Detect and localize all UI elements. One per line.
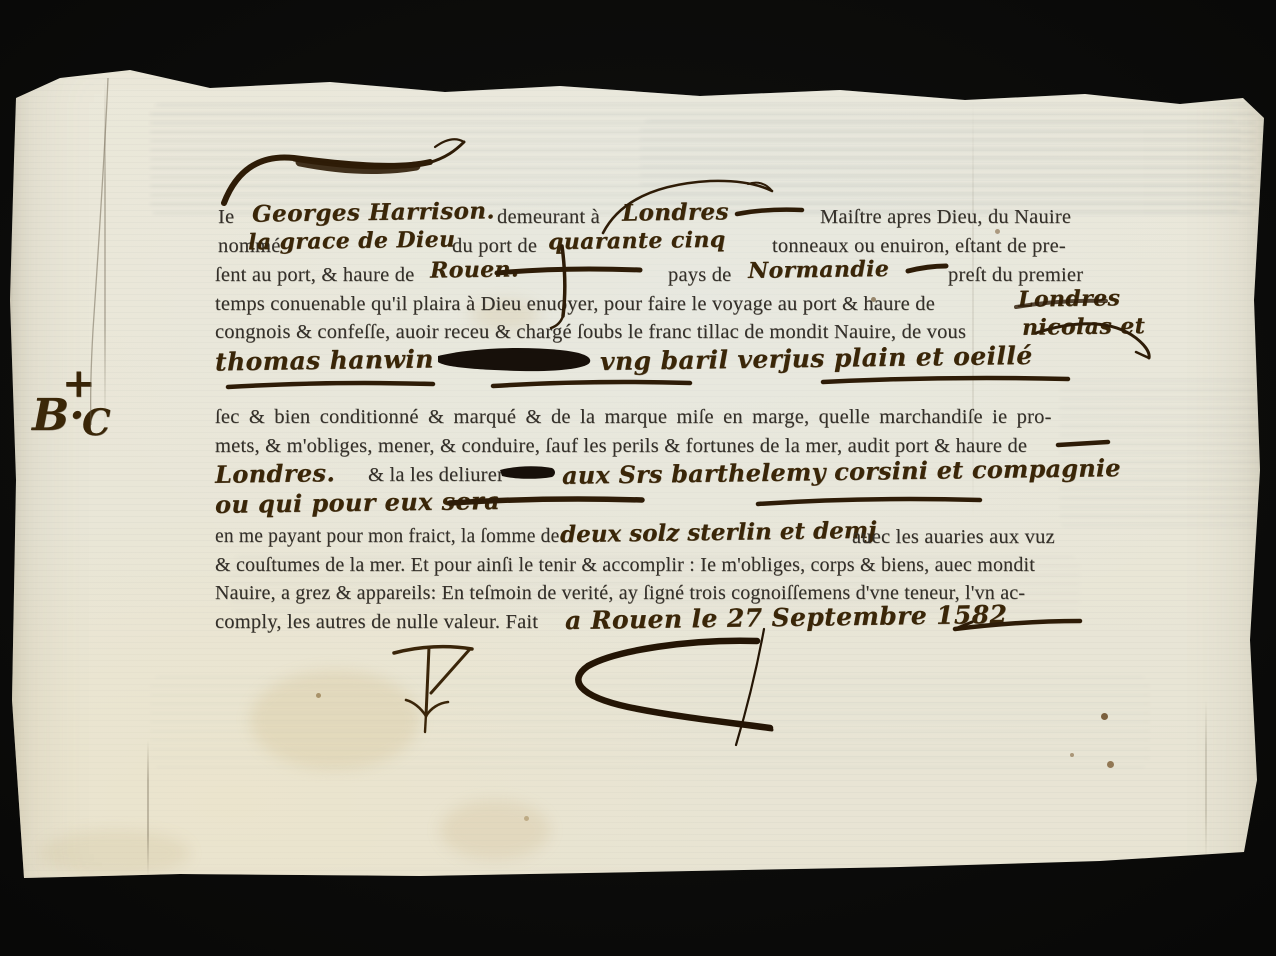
merchant-signature-mark [394,647,472,732]
fold-crease [147,740,149,876]
handwritten-segment: Rouen. [430,256,519,283]
handwritten-segment: aux Srs barthelemy corsini et compagnie [562,453,1121,490]
printed-segment: auec les auaries aux vuz [852,526,1055,549]
printed-segment: congnois & confeſſe, auoir receu & charg… [215,321,966,344]
printed-segment: temps conuenable qu'il plaira à Dieu enu… [215,293,935,316]
printed-segment: & la les deliurer [368,464,504,487]
printed-segment: mets, & m'obliges, mener, & conduire, ſa… [215,435,1027,458]
printed-segment: pays de [668,264,731,287]
printed-segment: demeurant à [497,206,600,229]
printed-segment: Maiſtre apres Dieu, du Nauire [820,206,1071,229]
handwritten-segment: thomas hanwin [215,344,434,376]
printed-segment: Ie [218,206,234,229]
handwritten-segment: Georges Harrison. [252,197,495,227]
printed-segment: preſt du premier [948,264,1083,287]
paper-stain [40,830,190,876]
handwritten-segment: Londres. [215,458,336,489]
fold-crease [104,80,106,430]
handwritten-segment: nicolas et [1022,313,1146,341]
fox-spot [1070,753,1074,757]
paper-stain [440,800,550,860]
photograph-black-background: { "colors": { "background": "#0a0a09", "… [0,0,1276,956]
printed-segment: tonneaux ou enuiron, eſtant de pre- [772,235,1066,258]
merchant-mark-letter-c: C [82,402,111,444]
handwritten-segment: la grace de Dieu [248,227,456,256]
printed-segment: du port de [452,235,537,258]
handwritten-segment: deux solz sterlin et demj [560,517,877,548]
handwritten-segment: Normandie [748,256,890,284]
handwritten-segment: quarante cinq [548,227,726,255]
fox-spot [1107,761,1114,768]
fox-spot [316,693,321,698]
fox-spot [524,816,529,821]
fold-crease [1205,700,1207,860]
handwritten-segment: a Rouen le 27 Septembre 1582 [565,600,1008,635]
verso-show-through [150,676,1150,768]
pen-flourish-bottom [578,629,772,745]
printed-segment: ſec & bien conditionné & marqué & de la … [215,406,1052,429]
merchant-mark-letter-b: B· [32,390,85,441]
handwritten-segment: ou qui pour eux sera [215,486,501,519]
printed-segment: en me payant pour mon fraict, la ſomme d… [215,526,559,548]
verso-show-through [640,120,1240,215]
handwritten-segment: Londres [622,198,729,226]
paper-stain [250,670,420,770]
fox-spot [995,229,1000,234]
printed-segment: comply, les autres de nulle valeur. Fait [215,611,538,634]
printed-segment: & couſtumes de la mer. Et pour ainſi le … [215,554,1035,577]
fox-spot [1101,713,1108,720]
printed-segment: ſent au port, & haure de [215,264,414,287]
aged-paper-document: + B· C Ie Georges Harrison. demeurant à … [0,0,1276,956]
handwritten-segment: Londres [1018,285,1121,312]
handwritten-segment: vng baril verjus plain et oeillé [600,341,1033,376]
